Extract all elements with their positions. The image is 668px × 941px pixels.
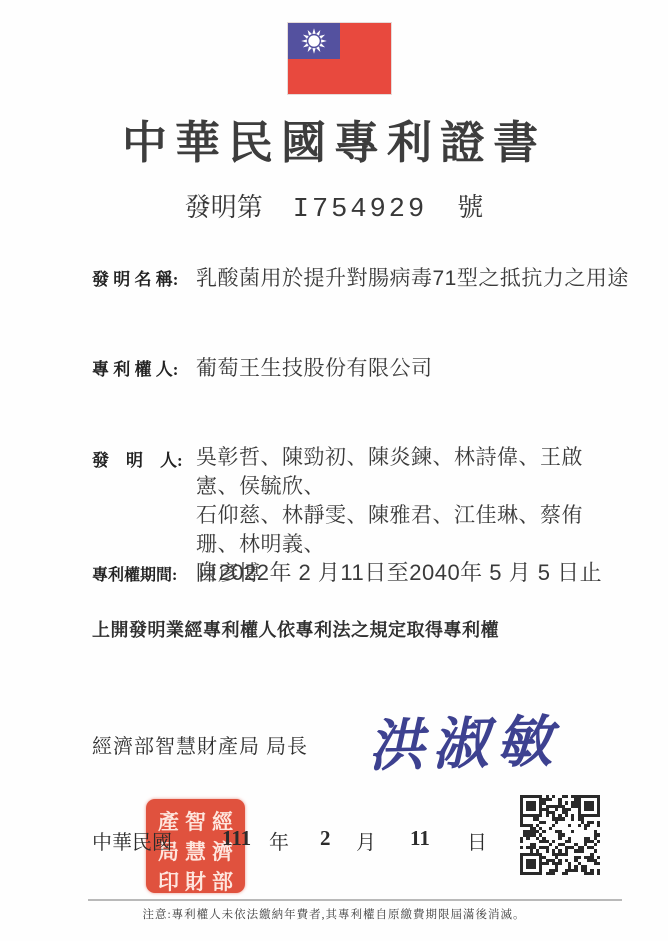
date-month: 2 [320,826,331,851]
date-year: 111 [222,826,251,851]
footer-divider [88,899,622,901]
seal-char: 印 [155,866,182,896]
patentee-value: 葡萄王生技股份有限公司 [196,352,433,382]
taiwan-flag [288,23,391,94]
date-day-unit: 日 [467,826,487,855]
sun-icon [299,26,329,56]
invention-name-row: 發 明 名 稱: 乳酸菌用於提升對腸病毒71型之抵抗力之用途 [92,262,629,292]
inventors-label: 發 明 人: [92,443,196,471]
footer-note: 注意:專利權人未依法繳納年費者,其專利權自原繳費期限屆滿後消滅。 [0,906,668,922]
seal-char: 財 [182,866,209,896]
patent-number-line: 發明第 I754929 號 [0,187,668,225]
patent-certificate-page: 中華民國專利證書 發明第 I754929 號 發 明 名 稱: 乳酸菌用於提升對… [0,0,668,941]
patent-term-label: 專利權期間: [92,556,196,585]
qr-code [520,795,600,875]
issuer-title: 經濟部智慧財產局 局長 [92,730,308,759]
date-year-unit: 年 [269,826,289,855]
seal-char: 智 [182,806,209,836]
date-era: 中華民國 [92,826,172,855]
seal-char: 部 [209,866,236,896]
patent-number: I754929 [293,195,427,225]
certificate-title: 中華民國專利證書 [0,106,668,171]
date-day: 11 [410,826,430,851]
inventors-line: 石仰慈、林靜雯、陳雅君、江佳琳、蔡侑珊、林明義、 [196,501,596,559]
patent-term-value: 自2022年 2 月11日至2040年 5 月 5 日止 [196,556,602,587]
patent-term-row: 專利權期間: 自2022年 2 月11日至2040年 5 月 5 日止 [92,556,602,587]
invention-name-label: 發 明 名 稱: [92,262,196,290]
patentee-label: 專 利 權 人: [92,352,196,380]
legal-statement: 上開發明業經專利權人依專利法之規定取得專利權 [92,616,499,642]
inventors-line: 吳彰哲、陳勁初、陳炎鍊、林詩偉、王啟憲、侯毓欣、 [196,443,596,501]
patentee-row: 專 利 權 人: 葡萄王生技股份有限公司 [92,352,433,382]
patent-number-prefix: 發明第 [185,187,263,224]
patent-number-suffix: 號 [457,187,483,224]
director-signature: 洪淑敏 [367,698,561,783]
seal-char: 慧 [182,836,209,866]
invention-name-value: 乳酸菌用於提升對腸病毒71型之抵抗力之用途 [196,262,629,292]
date-month-unit: 月 [356,826,376,855]
flag-canton [288,23,340,59]
